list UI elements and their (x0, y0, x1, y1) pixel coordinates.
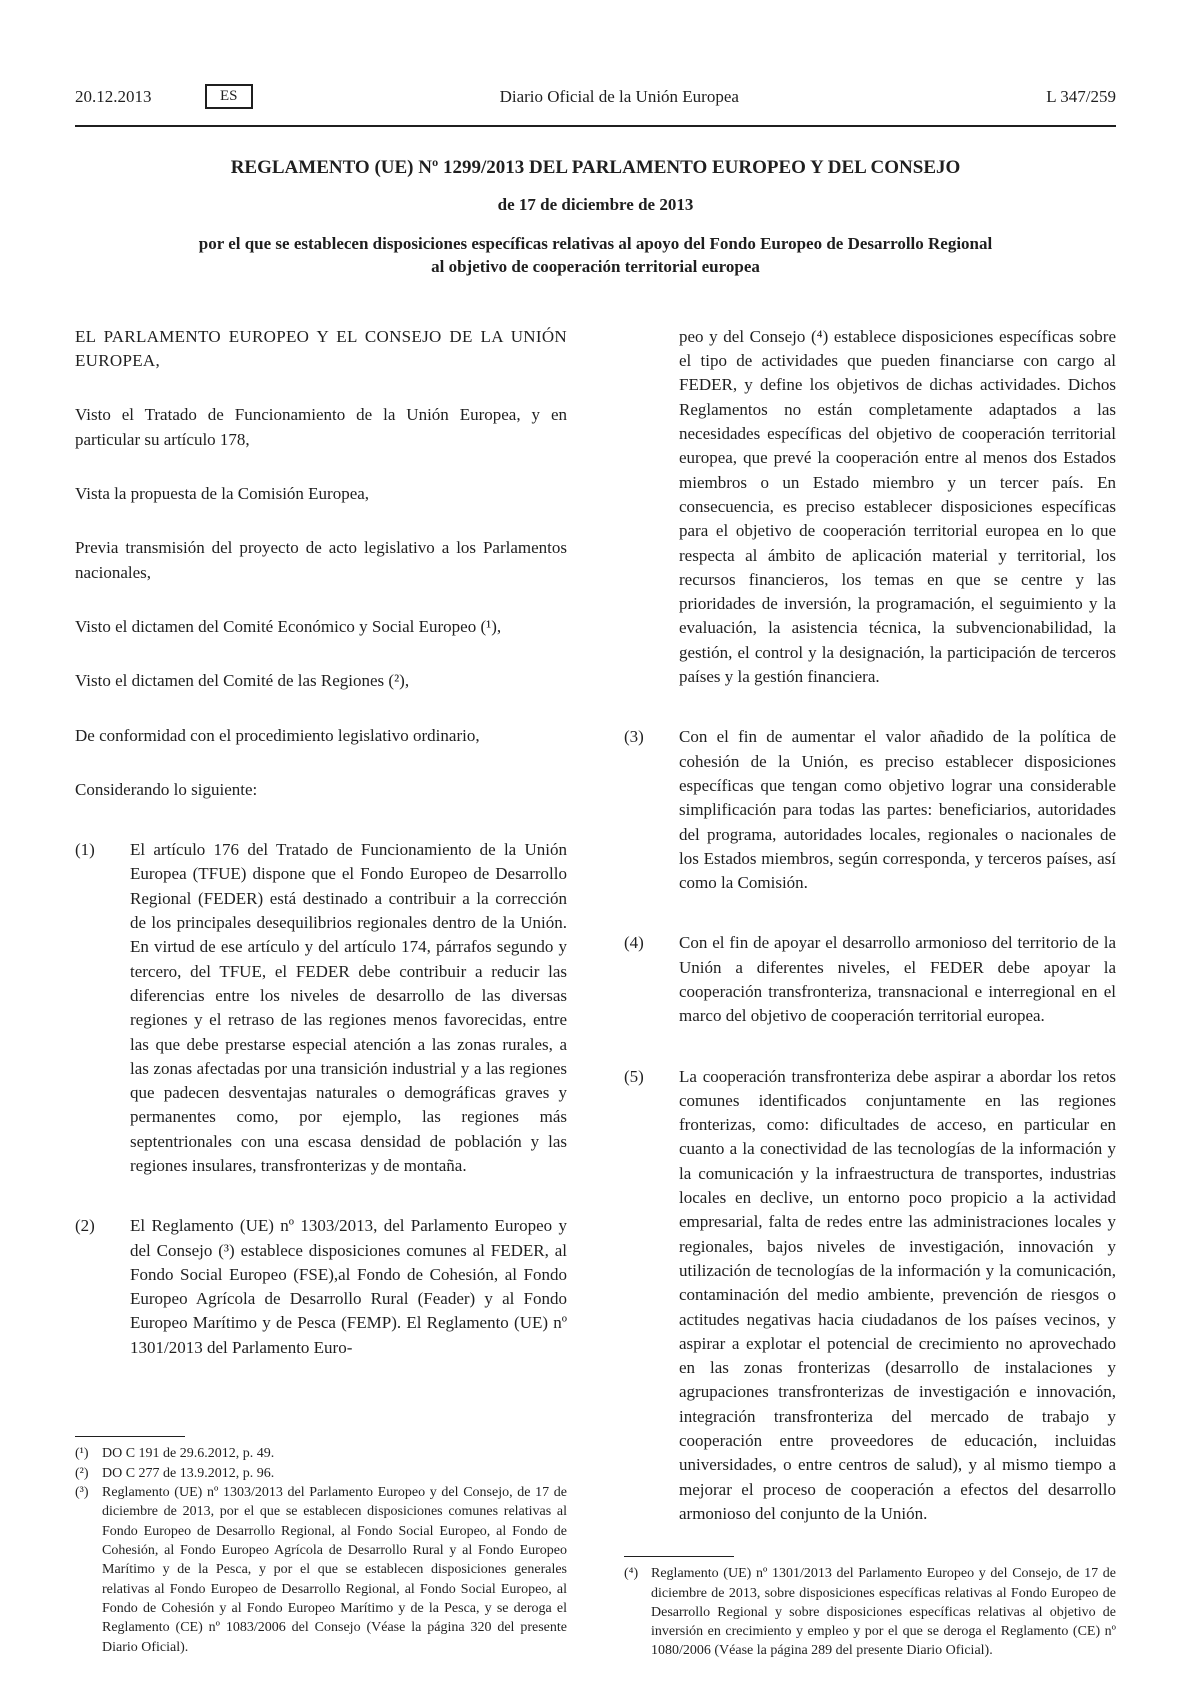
recital-text: El Reglamento (UE) nº 1303/2013, del Par… (130, 1214, 567, 1360)
preamble-paragraph: De conformidad con el procedimiento legi… (75, 724, 567, 748)
footnote-marker: (⁴) (624, 1564, 651, 1661)
footnote-rule (75, 1436, 185, 1437)
recital-number: (4) (624, 931, 679, 1028)
footnote-marker: (²) (75, 1464, 102, 1483)
preamble-paragraph: Visto el dictamen del Comité Económico y… (75, 615, 567, 639)
regulation-title: REGLAMENTO (UE) Nº 1299/2013 DEL PARLAME… (75, 157, 1116, 179)
footnotes-left: (¹) DO C 191 de 29.6.2012, p. 49. (²) DO… (75, 1436, 567, 1656)
right-column: peo y del Consejo (⁴) establece disposic… (624, 325, 1116, 1657)
recital-item: (1) El artículo 176 del Tratado de Funci… (75, 838, 567, 1178)
preamble-paragraph: Considerando lo siguiente: (75, 778, 567, 802)
preamble-paragraph: Previa transmisión del proyecto de acto … (75, 536, 567, 585)
footnotes-right: (⁴) Reglamento (UE) nº 1301/2013 del Par… (624, 1556, 1116, 1661)
page-header: 20.12.2013 ES Diario Oficial de la Unión… (75, 84, 1116, 109)
footnote-text: DO C 277 de 13.9.2012, p. 96. (102, 1464, 567, 1483)
footnote-text: Reglamento (UE) nº 1303/2013 del Parlame… (102, 1483, 567, 1657)
footnote: (²) DO C 277 de 13.9.2012, p. 96. (75, 1464, 567, 1483)
footnote: (¹) DO C 191 de 29.6.2012, p. 49. (75, 1444, 567, 1463)
recital-item: (3) Con el fin de aumentar el valor añad… (624, 725, 1116, 895)
recital-text: Con el fin de aumentar el valor añadido … (679, 725, 1116, 895)
header-rule (75, 125, 1116, 127)
recital-continuation: peo y del Consejo (⁴) establece disposic… (624, 325, 1116, 689)
recital-text: Con el fin de apoyar el desarrollo armon… (679, 931, 1116, 1028)
two-column-body: EL PARLAMENTO EUROPEO Y EL CONSEJO DE LA… (75, 325, 1116, 1657)
left-column: EL PARLAMENTO EUROPEO Y EL CONSEJO DE LA… (75, 325, 567, 1657)
footnote-text: DO C 191 de 29.6.2012, p. 49. (102, 1444, 567, 1463)
document-page: 20.12.2013 ES Diario Oficial de la Unión… (0, 0, 1191, 1684)
footnote-marker: (³) (75, 1483, 102, 1657)
language-badge: ES (205, 84, 253, 109)
page-reference: L 347/259 (986, 87, 1116, 107)
recital-number: (5) (624, 1065, 679, 1527)
recital-text: La cooperación transfronteriza debe aspi… (679, 1065, 1116, 1527)
preamble-paragraph: Visto el dictamen del Comité de las Regi… (75, 669, 567, 693)
recital-text: El artículo 176 del Tratado de Funcionam… (130, 838, 567, 1178)
footnote-marker: (¹) (75, 1444, 102, 1463)
title-block: REGLAMENTO (UE) Nº 1299/2013 DEL PARLAME… (75, 157, 1116, 279)
footnote-rule (624, 1556, 734, 1557)
footnote-text: Reglamento (UE) nº 1301/2013 del Parlame… (651, 1564, 1116, 1661)
preamble-paragraph: EL PARLAMENTO EUROPEO Y EL CONSEJO DE LA… (75, 325, 567, 374)
recital-item: (2) El Reglamento (UE) nº 1303/2013, del… (75, 1214, 567, 1360)
footnote: (⁴) Reglamento (UE) nº 1301/2013 del Par… (624, 1564, 1116, 1661)
regulation-subtitle: por el que se establecen disposiciones e… (196, 233, 996, 279)
recital-item: (4) Con el fin de apoyar el desarrollo a… (624, 931, 1116, 1028)
recital-item: (5) La cooperación transfronteriza debe … (624, 1065, 1116, 1527)
preamble-paragraph: Visto el Tratado de Funcionamiento de la… (75, 403, 567, 452)
footnote: (³) Reglamento (UE) nº 1303/2013 del Par… (75, 1483, 567, 1657)
regulation-date: de 17 de diciembre de 2013 (75, 195, 1116, 215)
header-date: 20.12.2013 (75, 87, 205, 107)
recital-number: (3) (624, 725, 679, 895)
recital-number: (2) (75, 1214, 130, 1360)
journal-title: Diario Oficial de la Unión Europea (253, 87, 986, 107)
recital-number: (1) (75, 838, 130, 1178)
preamble-paragraph: Vista la propuesta de la Comisión Europe… (75, 482, 567, 506)
